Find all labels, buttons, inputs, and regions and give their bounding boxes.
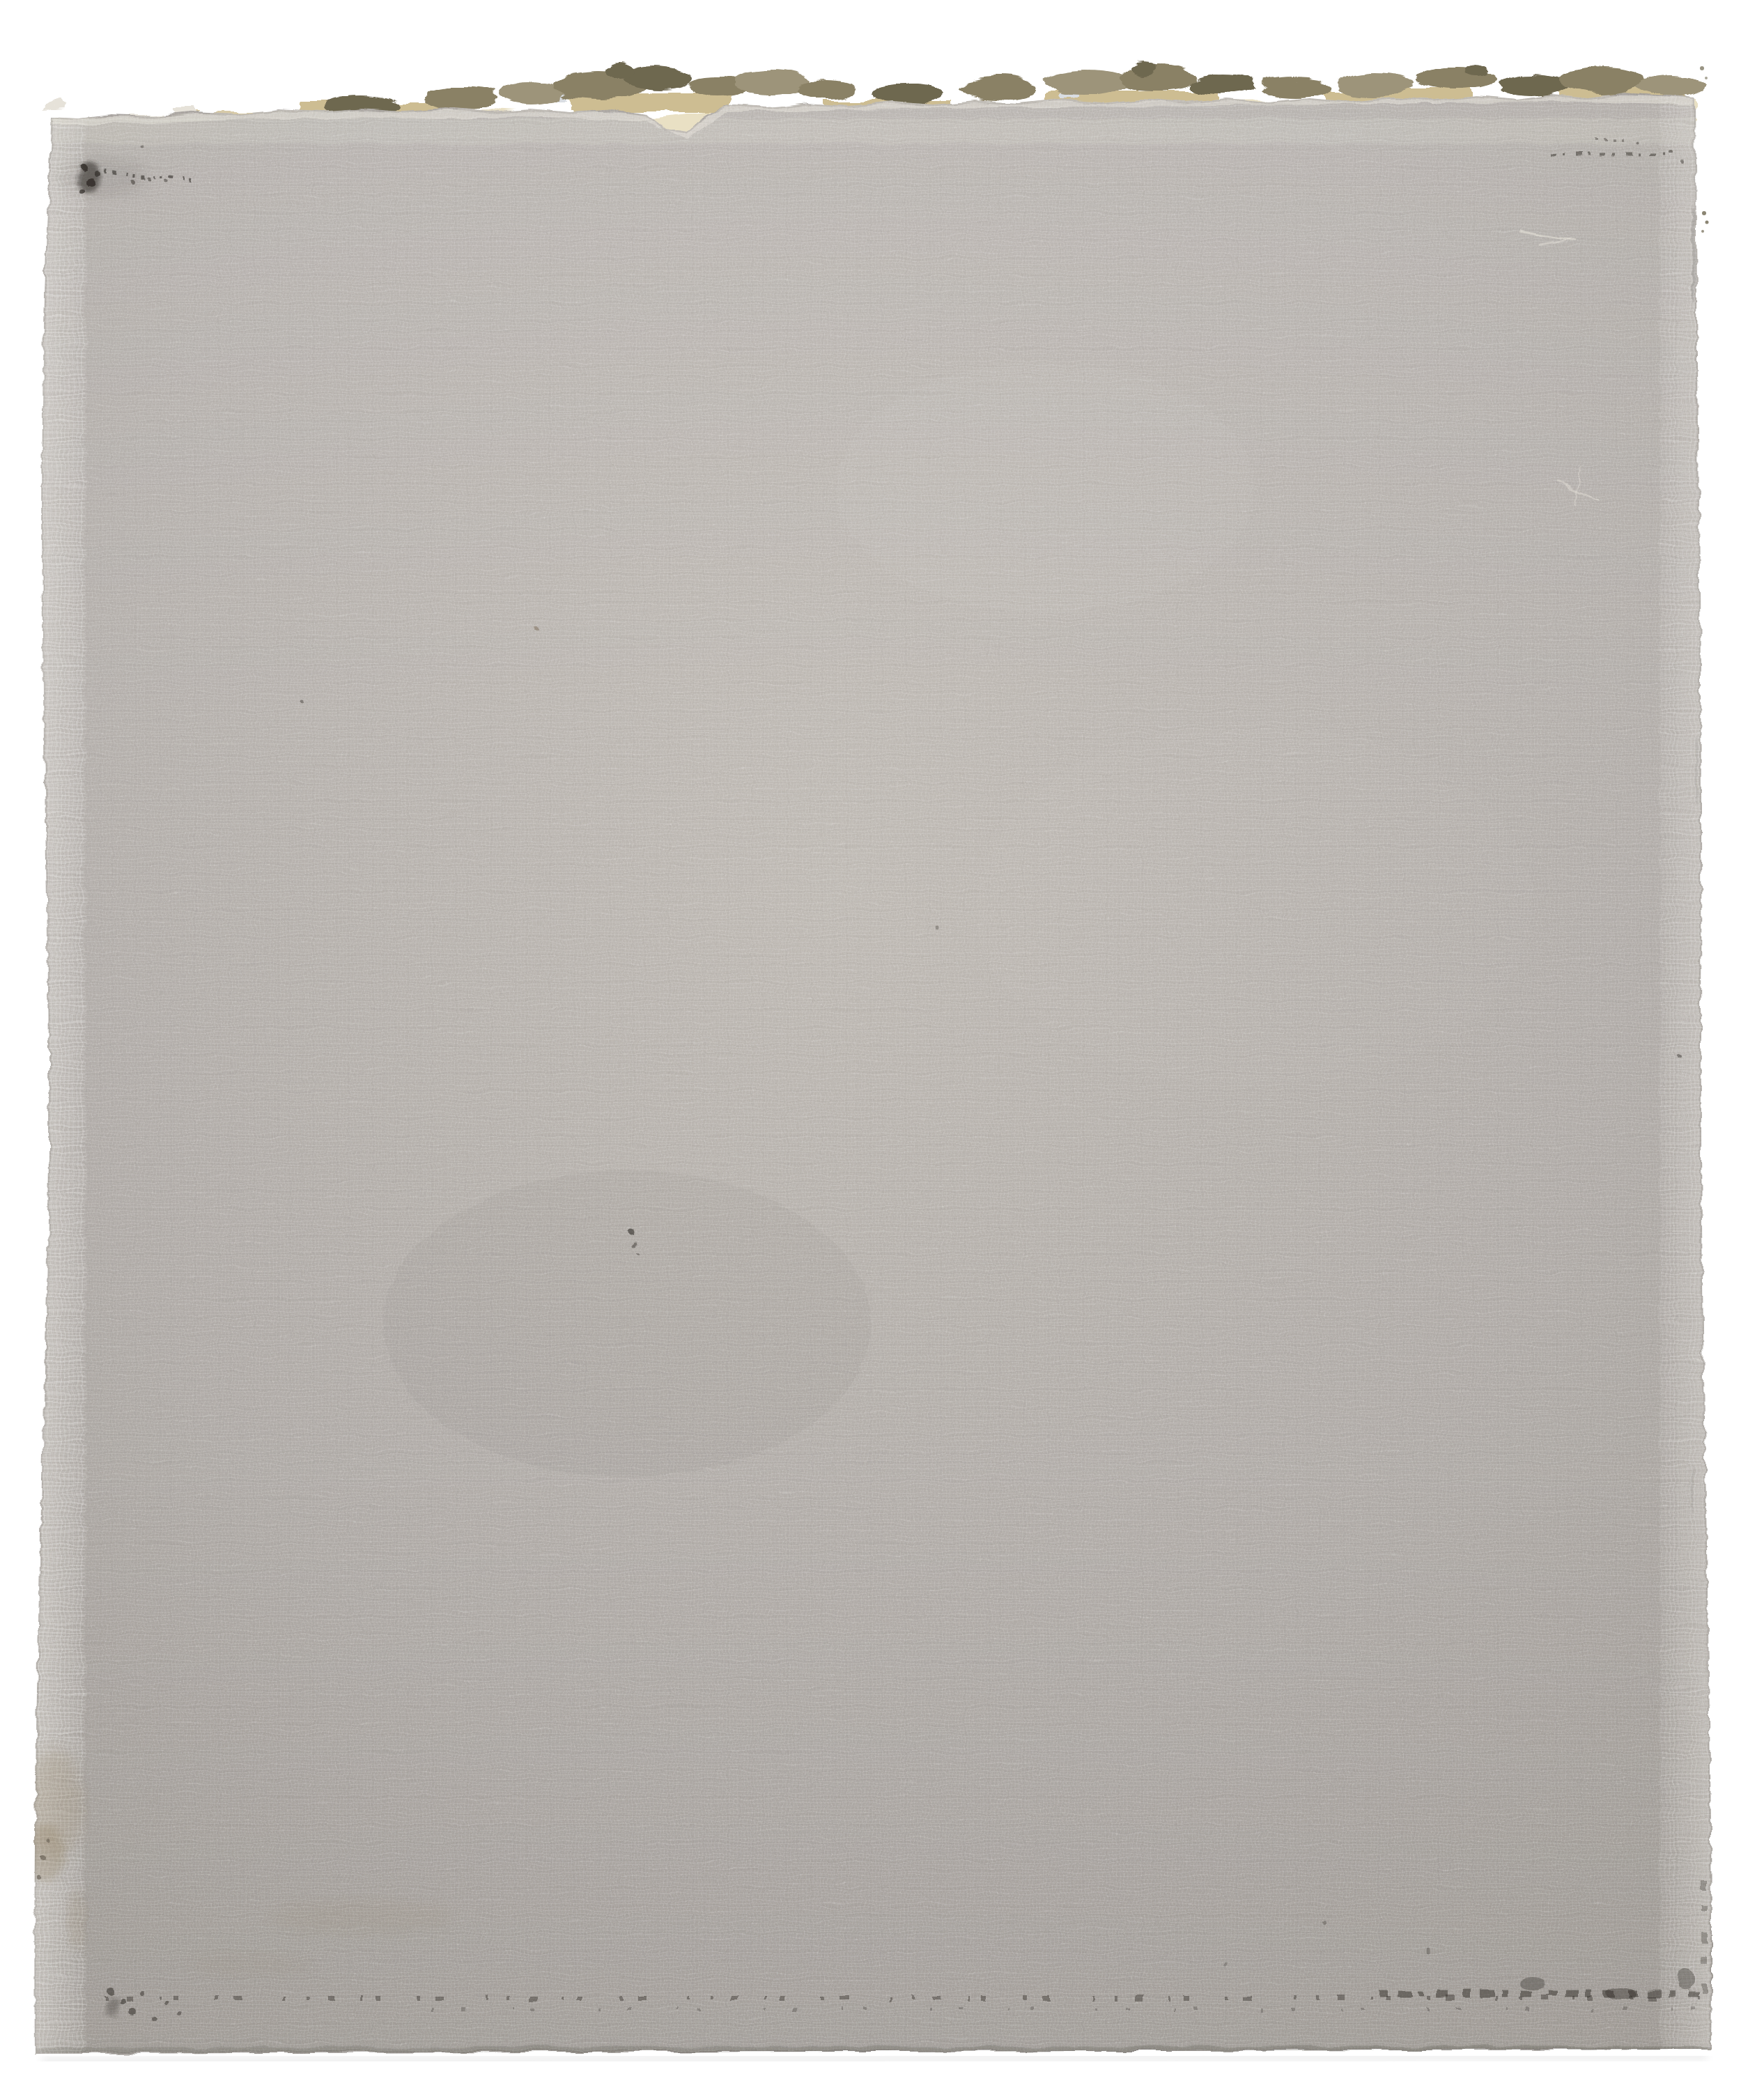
thread-shadow-noise bbox=[21, 70, 1749, 2076]
cover-board bbox=[21, 70, 1749, 2083]
photo-book-cover: Photograph of a detached light-gray clot… bbox=[0, 0, 1764, 2090]
book-cover-illustration bbox=[0, 0, 1764, 2090]
